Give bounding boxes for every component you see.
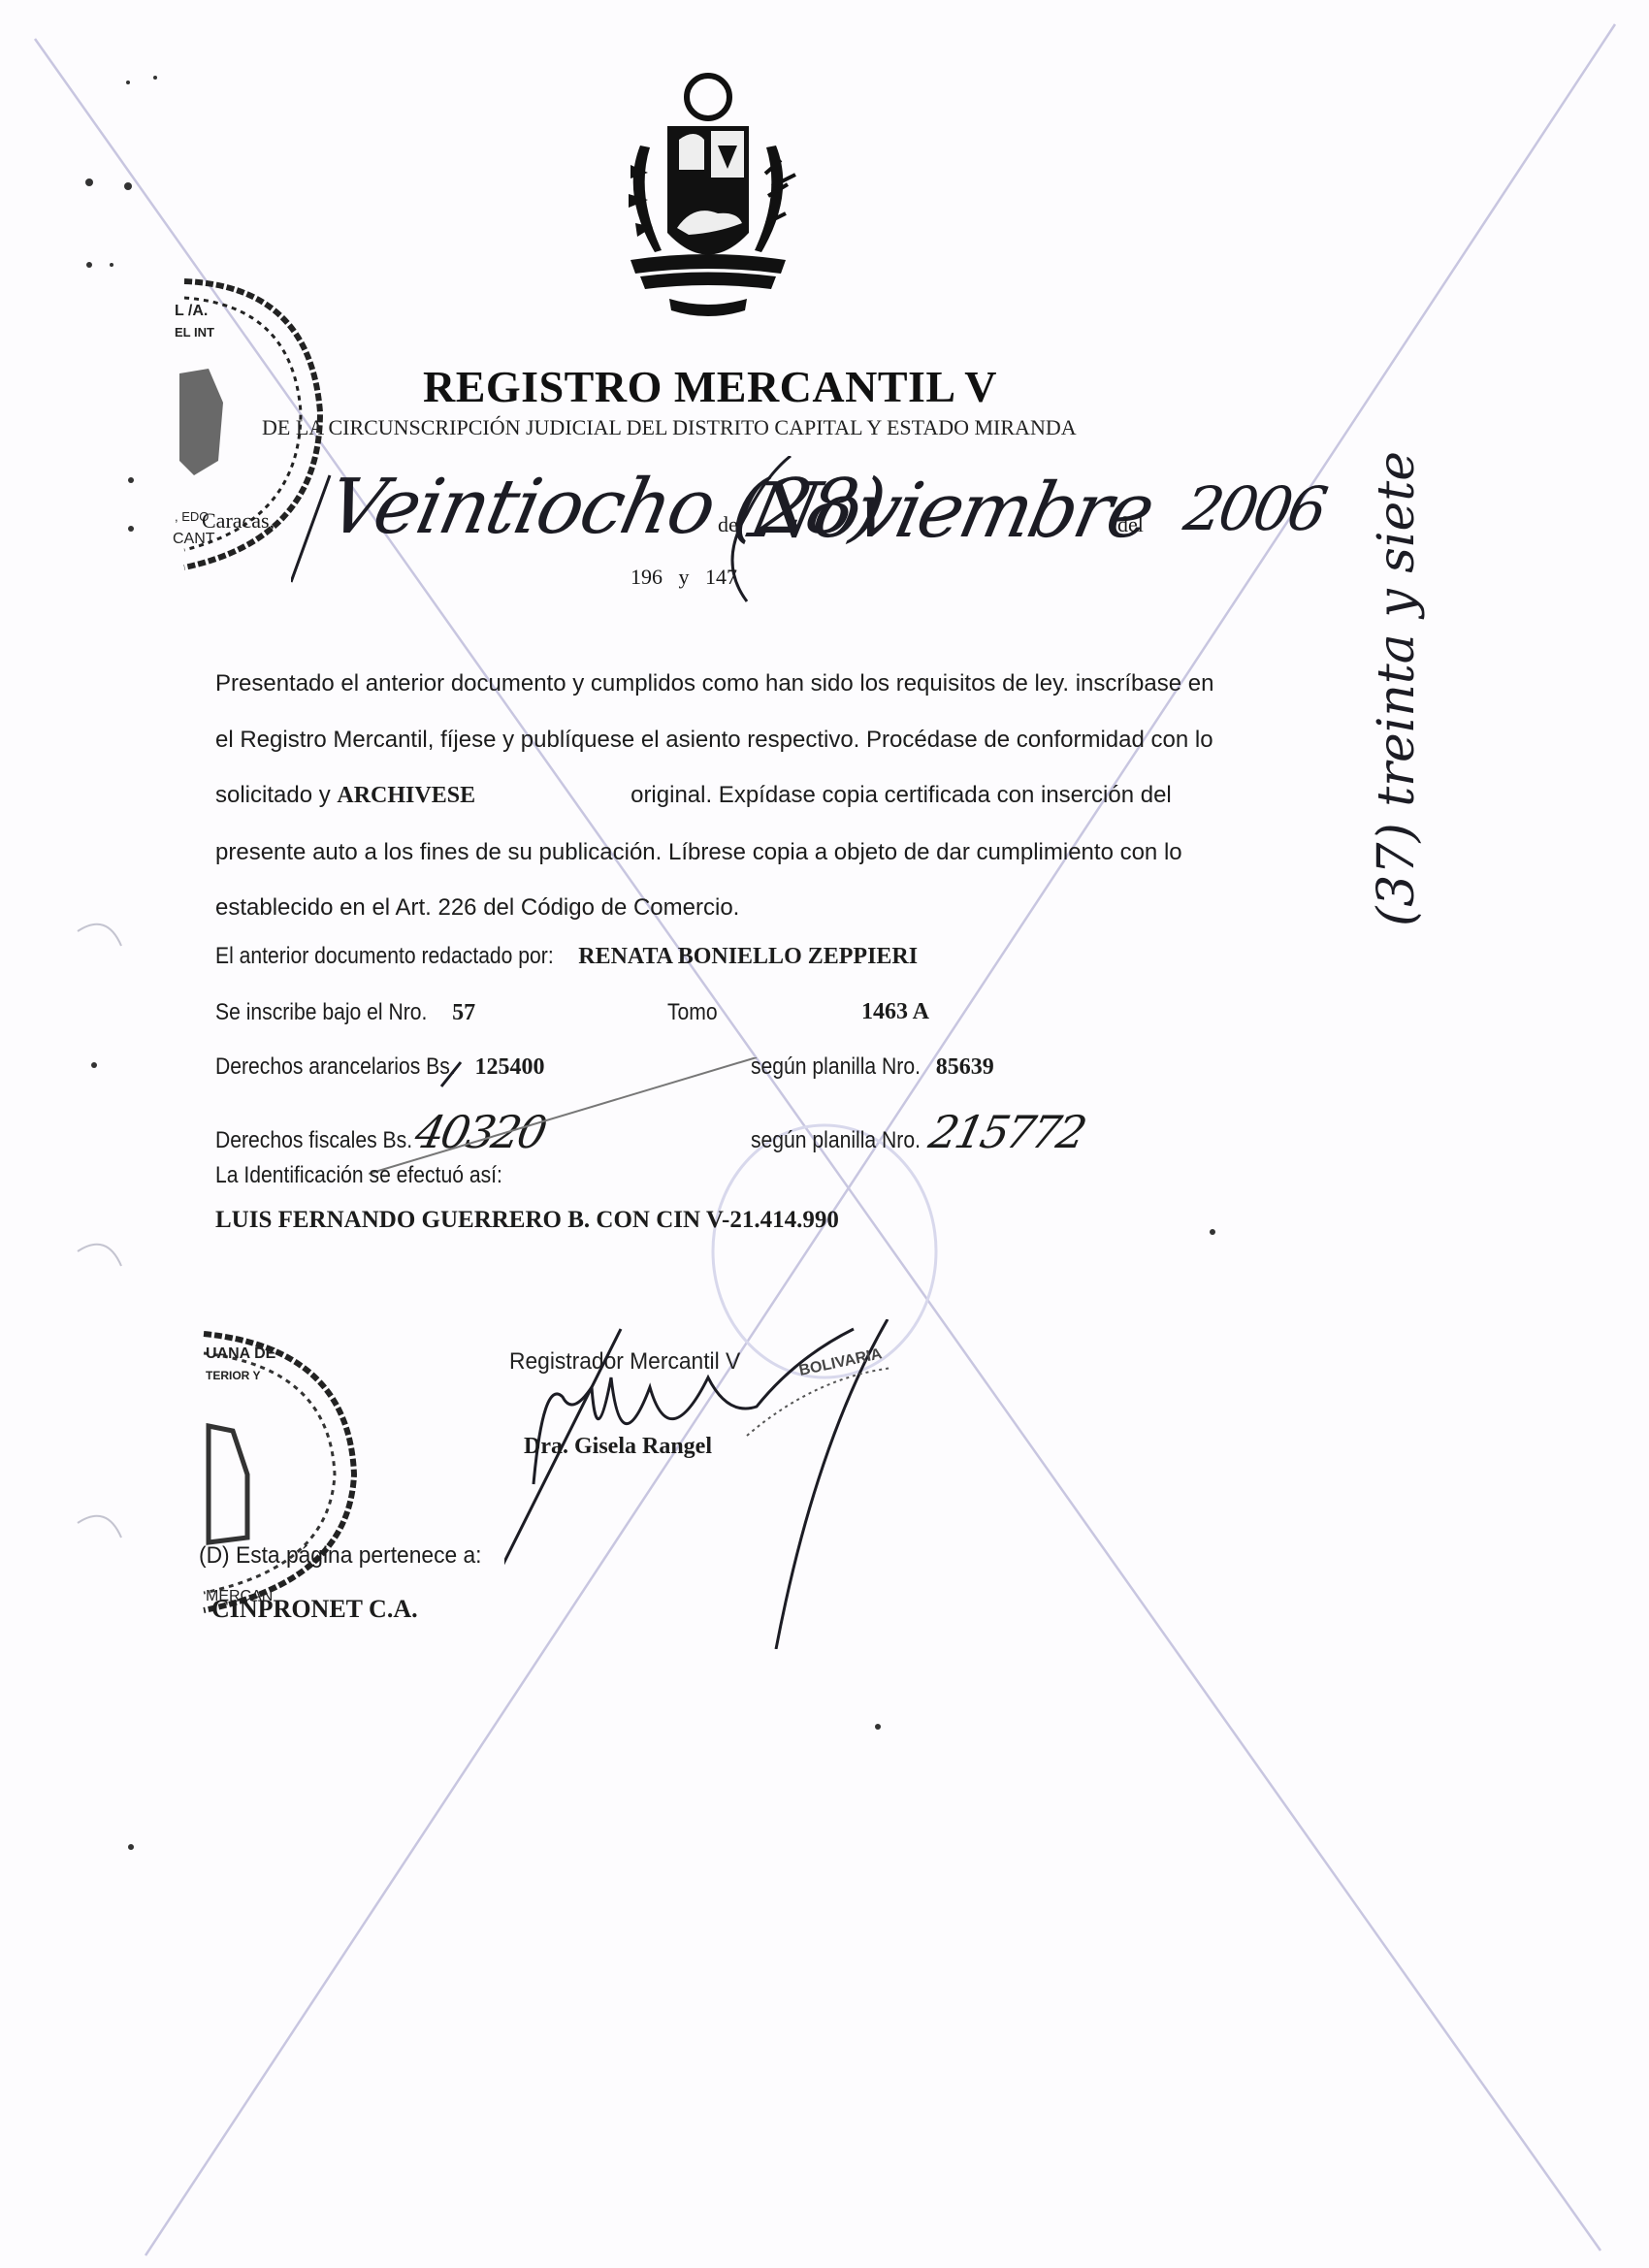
date-years: 196 y 147 xyxy=(630,565,737,590)
redactado-row: El anterior documento redactado por: REN… xyxy=(215,943,918,970)
tomo-value: 1463 A xyxy=(861,999,929,1025)
svg-text:TERIOR Y: TERIOR Y xyxy=(206,1369,260,1382)
pertenece-company: CINPRONET C.A. xyxy=(211,1595,418,1624)
date-year-handwritten: 2006 xyxy=(1180,473,1330,544)
registrador-signature: BOLIVARIA xyxy=(504,1319,989,1649)
svg-text:EL INT: EL INT xyxy=(175,325,214,340)
svg-text:BOLIVARIA: BOLIVARIA xyxy=(797,1345,884,1379)
aranceles-planilla-row: según planilla Nro. 85639 xyxy=(751,1053,994,1081)
paragraph-line: establecido en el Art. 226 del Código de… xyxy=(215,880,1263,936)
registrador-name: Dra. Gisela Rangel xyxy=(524,1434,712,1460)
archivese-keyword: ARCHIVESE xyxy=(337,783,475,808)
tomo-label: Tomo xyxy=(667,999,725,1026)
registry-subtitle: DE LA CIRCUNSCRIPCIÓN JUDICIAL DEL DISTR… xyxy=(262,415,1077,440)
paragraph-line: el Registro Mercantil, fíjese y publíque… xyxy=(215,712,1263,768)
margin-folio-note: (37) treinta y siete xyxy=(1343,349,1450,1028)
paragraph-line: solicitado y ARCHIVESEoriginal. Expídase… xyxy=(215,767,1263,825)
pertenece-label: (D) Esta página pertenece a: xyxy=(199,1542,497,1570)
date-del-label: del xyxy=(1117,512,1144,537)
date-month-handwritten: Noviembre xyxy=(742,468,1159,555)
registry-title: REGISTRO MERCANTIL V xyxy=(423,361,997,412)
redactado-label: El anterior documento redactado por: xyxy=(215,943,554,970)
aranceles-planilla: 85639 xyxy=(936,1054,994,1080)
coat-of-arms-icon xyxy=(601,68,815,330)
resolution-paragraph: Presentado el anterior documento y cumpl… xyxy=(215,656,1263,936)
fiscales-planilla-handwritten: 215772 xyxy=(924,1106,1088,1158)
identificacion-value: LUIS FERNANDO GUERRERO B. CON CIN V-21.4… xyxy=(215,1207,839,1234)
date-city: Caracas, xyxy=(202,508,275,534)
inscripcion-row: Se inscribe bajo el Nro. 57 xyxy=(215,999,475,1026)
paragraph-line: Presentado el anterior documento y cumpl… xyxy=(215,656,1263,712)
registry-stamp-bottom-left: UANA DE TERIOR Y MERCAN xyxy=(194,1329,388,1620)
inscripcion-label: Se inscribe bajo el Nro. xyxy=(215,999,427,1026)
inscripcion-nro: 57 xyxy=(452,1000,475,1025)
identificacion-label: La Identificación se efectuó así: xyxy=(215,1162,541,1189)
svg-text:L /A.: L /A. xyxy=(175,303,208,319)
fiscales-planilla-row: según planilla Nro. 215772 xyxy=(751,1106,1083,1158)
paragraph-line: presente auto a los fines de su publicac… xyxy=(215,825,1263,881)
redactado-value: RENATA BONIELLO ZEPPIERI xyxy=(578,944,918,969)
svg-text:UANA DE: UANA DE xyxy=(206,1345,276,1362)
